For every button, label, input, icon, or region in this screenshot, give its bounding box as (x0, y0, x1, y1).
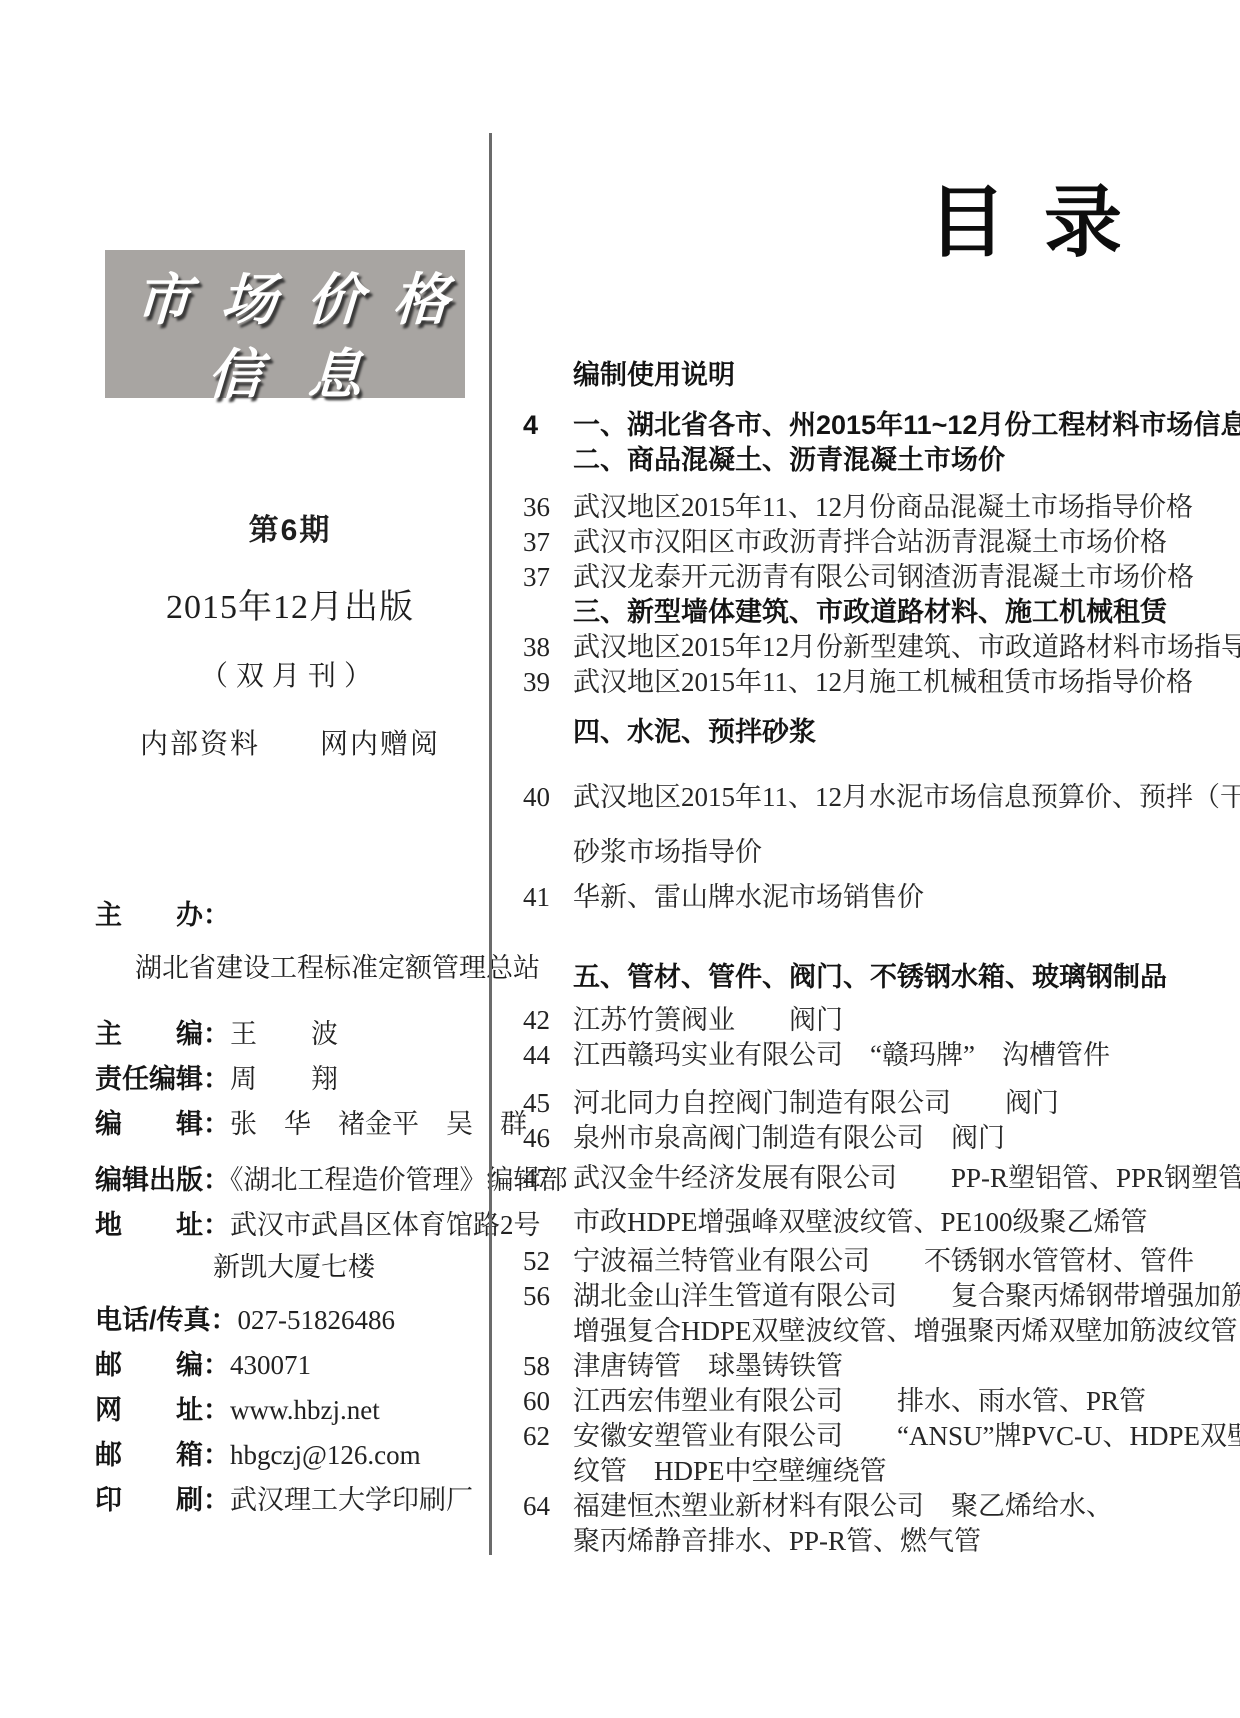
toc-title: 目录 (928, 160, 1160, 272)
contact-row: 印 刷：武汉理工大学印刷厂 (95, 1480, 515, 1525)
toc-entry: 60江西宏伟塑业有限公司 排水、雨水管、PR管 (490, 1384, 1230, 1419)
toc-page-number: 42 (523, 1003, 573, 1038)
toc-page-number: 60 (523, 1384, 573, 1419)
toc-section-heading: 编制使用说明 (490, 358, 1230, 393)
publisher-label: 编辑出版： (95, 1165, 230, 1195)
toc-entry-text: 三、新型墙体建筑、市政道路材料、施工机械租赁 (573, 595, 1167, 630)
toc-entry-text: 河北同力自控阀门制造有限公司 阀门 (573, 1086, 1059, 1121)
toc-entry-text: 二、商品混凝土、沥青混凝土市场价 (573, 443, 1005, 478)
toc-entry-line: 武汉地区2015年11、12月水泥市场信息预算价、预拌（干混） (573, 770, 1240, 825)
toc-entry-line: 武汉地区2015年12月份新型建筑、市政道路材料市场指导价格 (573, 630, 1240, 665)
toc-page-number: 40 (523, 770, 573, 825)
toc-entry-text: 江苏竹箦阀业 阀门 (573, 1003, 843, 1038)
toc-entry-text: 福建恒杰塑业新材料有限公司 聚乙烯给水、聚丙烯静音排水、PP-R管、燃气管 (573, 1489, 1113, 1559)
staff-row-value: 王 波 (230, 1019, 338, 1049)
toc-entry-line: 安徽安塑管业有限公司 “ANSU”牌PVC-U、HDPE双壁波 (573, 1419, 1240, 1454)
toc-entry-line: 五、管材、管件、阀门、不锈钢水箱、玻璃钢制品 (573, 960, 1167, 995)
contact-row-value: 430071 (230, 1350, 311, 1380)
toc-page-number: 41 (523, 880, 573, 915)
toc-entry: 56湖北金山洋生管道有限公司 复合聚丙烯钢带增强加筋管、增强复合HDPE双壁波纹… (490, 1279, 1230, 1349)
toc-page-number: 47 (523, 1156, 573, 1200)
toc-page-number: 44 (523, 1038, 573, 1073)
toc-page-number: 46 (523, 1121, 573, 1156)
toc-entry-line: 二、商品混凝土、沥青混凝土市场价 (573, 443, 1005, 478)
toc-section-heading: 二、商品混凝土、沥青混凝土市场价 (490, 443, 1230, 478)
toc-entry-line: 砂浆市场指导价 (573, 825, 1240, 880)
staff-row: 责任编辑：周 翔 (95, 1059, 485, 1104)
contact-row-label: 印 刷： (95, 1485, 230, 1515)
toc-entry-line: 武汉市汉阳区市政沥青拌合站沥青混凝土市场价格 (573, 525, 1167, 560)
issue-frequency: （双月刊） (120, 654, 460, 694)
publisher-row: 编辑出版：《湖北工程造价管理》编辑部 (95, 1160, 515, 1205)
toc-entry-line: 湖北金山洋生管道有限公司 复合聚丙烯钢带增强加筋管、 (573, 1279, 1240, 1314)
publisher-block: 编辑出版：《湖北工程造价管理》编辑部 地 址：武汉市武昌区体育馆路2号 新凯大厦… (95, 1160, 515, 1284)
staff-row-value: 张 华 褚金平 吴 群 (230, 1109, 527, 1139)
toc-entry: 46泉州市泉高阀门制造有限公司 阀门 (490, 1121, 1230, 1156)
toc-entry-text: 武汉地区2015年12月份新型建筑、市政道路材料市场指导价格 (573, 630, 1240, 665)
masthead-logo: 市场价格 信息 (105, 250, 465, 398)
toc-entry-line: 河北同力自控阀门制造有限公司 阀门 (573, 1086, 1059, 1121)
toc-entry-text: 武汉龙泰开元沥青有限公司钢渣沥青混凝土市场价格 (573, 560, 1194, 595)
toc-entry-line: 聚丙烯静音排水、PP-R管、燃气管 (573, 1524, 1113, 1559)
toc-page-number: 45 (523, 1086, 573, 1121)
contact-row: 邮 箱：hbgczj@126.com (95, 1435, 515, 1480)
contact-row-value: 027-51826486 (238, 1305, 396, 1335)
toc-page-number: 38 (523, 630, 573, 665)
toc-entry-line: 江西宏伟塑业有限公司 排水、雨水管、PR管 (573, 1384, 1146, 1419)
toc-entry-line: 津唐铸管 球墨铸铁管 (573, 1349, 843, 1384)
toc-entry-text: 武汉地区2015年11、12月施工机械租赁市场指导价格 (573, 665, 1193, 700)
contact-row-value: 武汉理工大学印刷厂 (230, 1485, 473, 1515)
contact-row-label: 电话/传真： (95, 1305, 238, 1335)
issue-number: 第6期 (120, 505, 460, 549)
magazine-toc-page: 市场价格 信息 第6期 2015年12月出版 （双月刊） 内部资料 网内赠阅 主… (0, 0, 1240, 1718)
toc-entry-line: 编制使用说明 (573, 358, 735, 393)
toc-entry: 44江西赣玛实业有限公司 “赣玛牌” 沟槽管件 (490, 1038, 1230, 1073)
organizer-block: 主 办： 湖北省建设工程标准定额管理总站 (95, 897, 485, 986)
toc-page-number: 56 (523, 1279, 573, 1314)
toc-entry-text: 江西赣玛实业有限公司 “赣玛牌” 沟槽管件 (573, 1038, 1110, 1073)
toc-entry-line: 宁波福兰特管业有限公司 不锈钢水管管材、管件 (573, 1244, 1194, 1279)
distribution-note: 内部资料 网内赠阅 (120, 722, 460, 762)
toc-section-heading: 三、新型墙体建筑、市政道路材料、施工机械租赁 (490, 595, 1230, 630)
toc-entry-line: 武汉龙泰开元沥青有限公司钢渣沥青混凝土市场价格 (573, 560, 1194, 595)
toc-entry-text: 安徽安塑管业有限公司 “ANSU”牌PVC-U、HDPE双壁波纹管 HDPE中空… (573, 1419, 1240, 1489)
contact-row-label: 邮 箱： (95, 1440, 230, 1470)
contact-row: 网 址：www.hbzj.net (95, 1390, 515, 1435)
staff-row-label: 编 辑： (95, 1109, 230, 1139)
toc-entry-text: 泉州市泉高阀门制造有限公司 阀门 (573, 1121, 1005, 1156)
toc-entry-line: 福建恒杰塑业新材料有限公司 聚乙烯给水、 (573, 1489, 1113, 1524)
toc-page-number: 36 (523, 490, 573, 525)
toc-entry-text: 一、湖北省各市、州2015年11~12月份工程材料市场信息价 (573, 408, 1240, 443)
toc-entry-line: 武汉地区2015年11、12月施工机械租赁市场指导价格 (573, 665, 1193, 700)
toc-entry-line: 纹管 HDPE中空壁缠绕管 (573, 1454, 1240, 1489)
contact-row-value: www.hbzj.net (230, 1395, 380, 1425)
address-label: 地 址： (95, 1210, 230, 1240)
masthead-logo-line2: 信息 (103, 332, 467, 409)
staff-row-label: 责任编辑： (95, 1064, 230, 1094)
toc-entry: 41华新、雷山牌水泥市场销售价 (490, 880, 1230, 915)
toc-entry: 37武汉龙泰开元沥青有限公司钢渣沥青混凝土市场价格 (490, 560, 1230, 595)
issue-block: 第6期 2015年12月出版 （双月刊） (120, 505, 460, 694)
toc-section-heading: 4一、湖北省各市、州2015年11~12月份工程材料市场信息价 (490, 408, 1230, 443)
toc-entry-line: 武汉地区2015年11、12月份商品混凝土市场指导价格 (573, 490, 1193, 525)
toc-entry: 36武汉地区2015年11、12月份商品混凝土市场指导价格 (490, 490, 1230, 525)
toc-section-heading: 四、水泥、预拌砂浆 (490, 715, 1230, 750)
masthead-logo-line1: 市场价格 (103, 256, 467, 336)
toc-entry: 62安徽安塑管业有限公司 “ANSU”牌PVC-U、HDPE双壁波纹管 HDPE… (490, 1419, 1230, 1489)
toc-entry-text: 四、水泥、预拌砂浆 (573, 715, 816, 750)
address-row: 地 址：武汉市武昌区体育馆路2号 (95, 1205, 515, 1250)
toc-page-number: 37 (523, 525, 573, 560)
toc-entry: 38武汉地区2015年12月份新型建筑、市政道路材料市场指导价格 (490, 630, 1230, 665)
toc-entry-text: 武汉金牛经济发展有限公司 PP-R塑铝管、PPR钢塑管、市政HDPE增强峰双壁波… (573, 1156, 1240, 1244)
contact-row-label: 邮 编： (95, 1350, 230, 1380)
contact-row-label: 网 址： (95, 1395, 230, 1425)
staff-row: 编 辑：张 华 褚金平 吴 群 (95, 1104, 485, 1149)
toc-entry: 45河北同力自控阀门制造有限公司 阀门 (490, 1086, 1230, 1121)
staff-row: 主 编：王 波 (95, 1014, 485, 1059)
toc-page-number: 37 (523, 560, 573, 595)
toc-entry-line: 增强复合HDPE双壁波纹管、增强聚丙烯双壁加筋波纹管 (573, 1314, 1240, 1349)
toc-entry-text: 湖北金山洋生管道有限公司 复合聚丙烯钢带增强加筋管、增强复合HDPE双壁波纹管、… (573, 1279, 1240, 1349)
toc-page-number: 58 (523, 1349, 573, 1384)
staff-row-value: 周 翔 (230, 1064, 338, 1094)
address-value-line2: 新凯大厦七楼 (95, 1250, 515, 1284)
publish-date: 2015年12月出版 (120, 579, 460, 628)
toc-page-number: 52 (523, 1244, 573, 1279)
toc-entry-text: 武汉市汉阳区市政沥青拌合站沥青混凝土市场价格 (573, 525, 1167, 560)
toc-entry-text: 编制使用说明 (573, 358, 735, 393)
toc-list: 编制使用说明4一、湖北省各市、州2015年11~12月份工程材料市场信息价二、商… (490, 358, 1230, 1559)
toc-entry: 64福建恒杰塑业新材料有限公司 聚乙烯给水、聚丙烯静音排水、PP-R管、燃气管 (490, 1489, 1230, 1559)
contact-row: 邮 编：430071 (95, 1345, 515, 1390)
toc-entry-text: 五、管材、管件、阀门、不锈钢水箱、玻璃钢制品 (573, 960, 1167, 995)
toc-entry-text: 江西宏伟塑业有限公司 排水、雨水管、PR管 (573, 1384, 1146, 1419)
toc-entry: 40武汉地区2015年11、12月水泥市场信息预算价、预拌（干混）砂浆市场指导价 (490, 770, 1230, 880)
toc-entry-line: 三、新型墙体建筑、市政道路材料、施工机械租赁 (573, 595, 1167, 630)
staff-row-label: 主 编： (95, 1019, 230, 1049)
toc-page-number: 39 (523, 665, 573, 700)
toc-entry: 39武汉地区2015年11、12月施工机械租赁市场指导价格 (490, 665, 1230, 700)
editorial-staff-block: 主 编：王 波责任编辑：周 翔编 辑：张 华 褚金平 吴 群 (95, 1014, 485, 1149)
toc-entry-line: 一、湖北省各市、州2015年11~12月份工程材料市场信息价 (573, 408, 1240, 443)
toc-entry: 37武汉市汉阳区市政沥青拌合站沥青混凝土市场价格 (490, 525, 1230, 560)
toc-entry-line: 泉州市泉高阀门制造有限公司 阀门 (573, 1121, 1005, 1156)
contact-block: 电话/传真：027-51826486邮 编：430071网 址：www.hbzj… (95, 1300, 515, 1525)
toc-entry: 58津唐铸管 球墨铸铁管 (490, 1349, 1230, 1384)
contact-row-value: hbgczj@126.com (230, 1440, 421, 1470)
toc-entry-text: 武汉地区2015年11、12月水泥市场信息预算价、预拌（干混）砂浆市场指导价 (573, 770, 1240, 880)
toc-entry-line: 市政HDPE增强峰双壁波纹管、PE100级聚乙烯管 (573, 1200, 1240, 1244)
toc-entry: 47武汉金牛经济发展有限公司 PP-R塑铝管、PPR钢塑管、市政HDPE增强峰双… (490, 1156, 1230, 1244)
toc-entry: 52宁波福兰特管业有限公司 不锈钢水管管材、管件 (490, 1244, 1230, 1279)
toc-entry-text: 宁波福兰特管业有限公司 不锈钢水管管材、管件 (573, 1244, 1194, 1279)
toc-page-number: 64 (523, 1489, 573, 1524)
toc-section-heading: 五、管材、管件、阀门、不锈钢水箱、玻璃钢制品 (490, 960, 1230, 995)
organizer-label: 主 办： (95, 900, 230, 930)
toc-entry-line: 武汉金牛经济发展有限公司 PP-R塑铝管、PPR钢塑管、 (573, 1156, 1240, 1200)
toc-page-number: 4 (523, 408, 573, 443)
toc-entry-line: 四、水泥、预拌砂浆 (573, 715, 816, 750)
contact-row: 电话/传真：027-51826486 (95, 1300, 515, 1345)
toc-entry-line: 江西赣玛实业有限公司 “赣玛牌” 沟槽管件 (573, 1038, 1110, 1073)
toc-entry-line: 江苏竹箦阀业 阀门 (573, 1003, 843, 1038)
toc-entry-text: 津唐铸管 球墨铸铁管 (573, 1349, 843, 1384)
toc-entry: 42江苏竹箦阀业 阀门 (490, 1003, 1230, 1038)
organizer-value: 湖北省建设工程标准定额管理总站 (95, 950, 485, 986)
toc-page-number: 62 (523, 1419, 573, 1454)
toc-entry-line: 华新、雷山牌水泥市场销售价 (573, 880, 924, 915)
toc-entry-text: 华新、雷山牌水泥市场销售价 (573, 880, 924, 915)
toc-entry-text: 武汉地区2015年11、12月份商品混凝土市场指导价格 (573, 490, 1193, 525)
